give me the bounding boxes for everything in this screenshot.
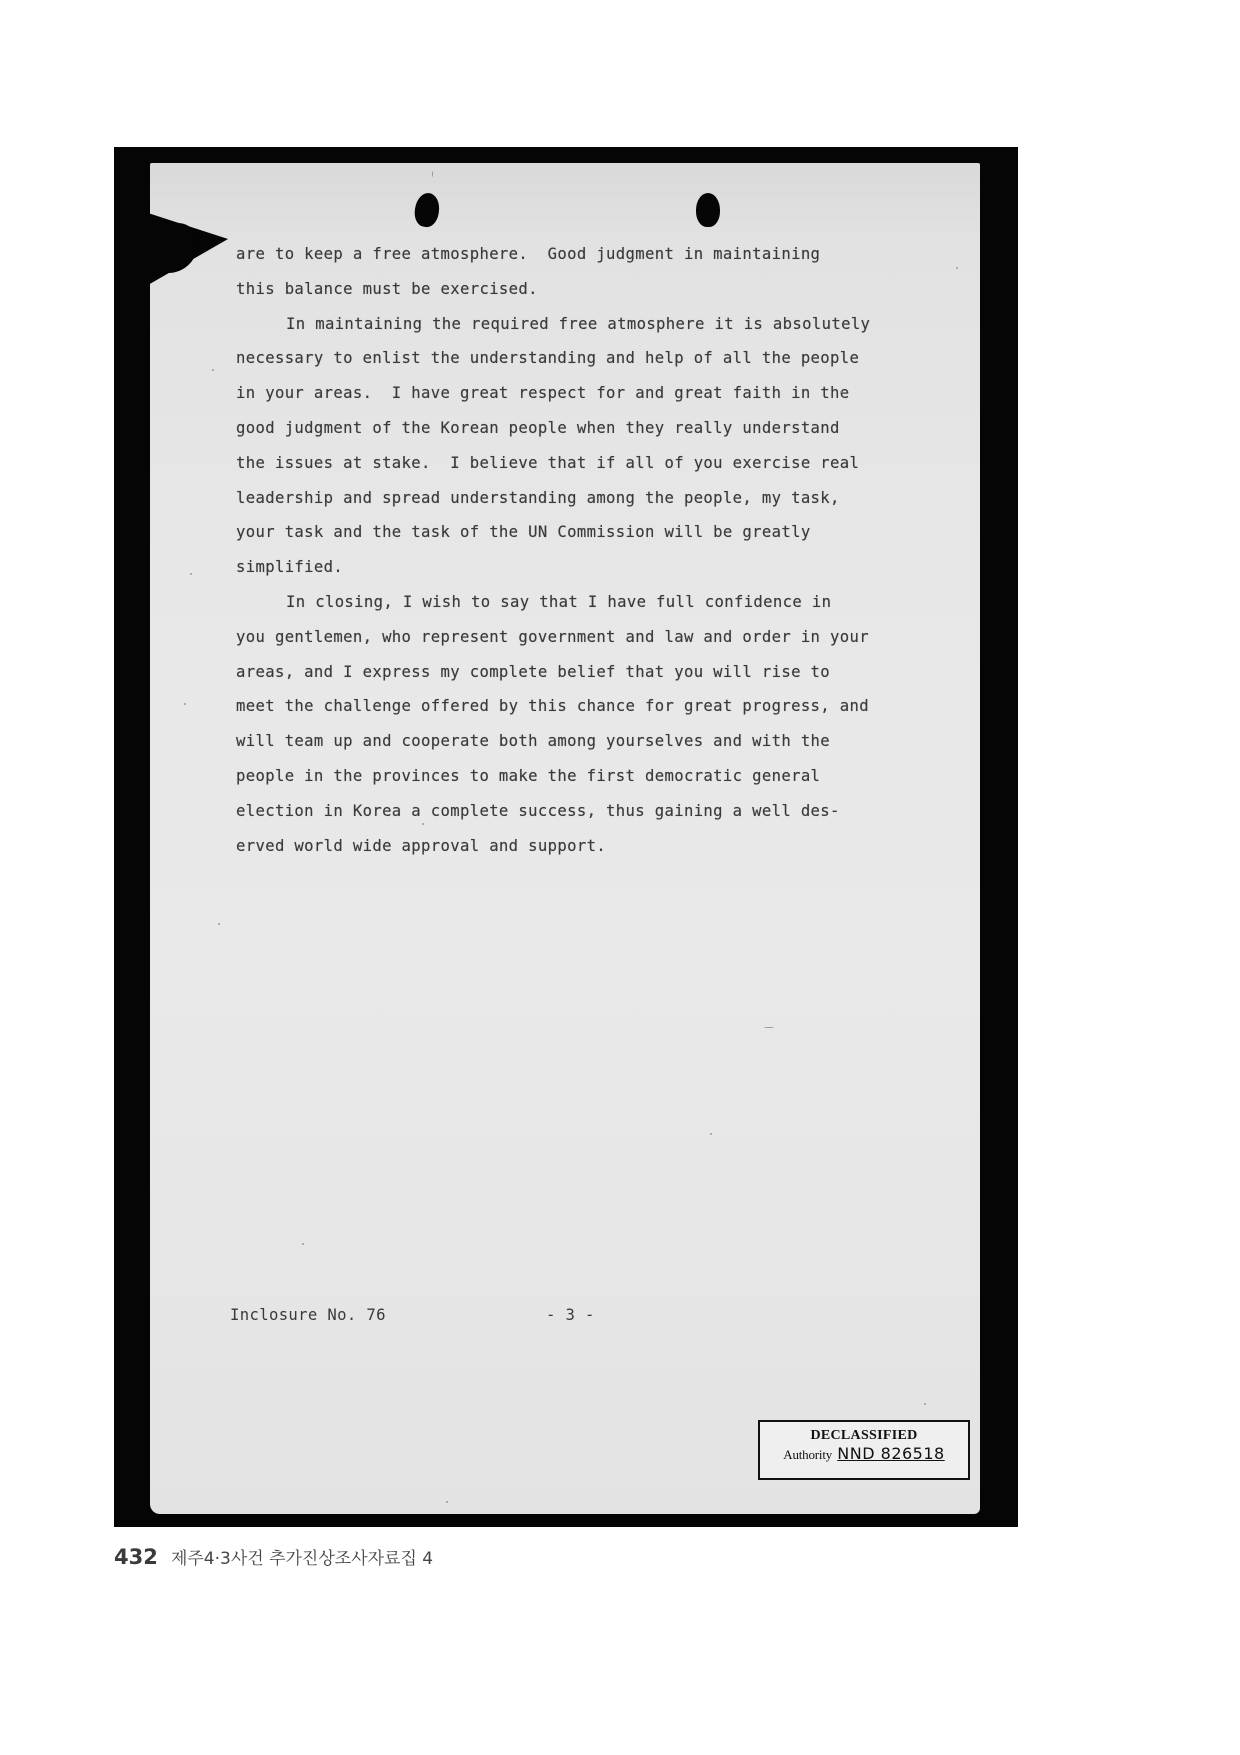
document-page-marker: - 3 - [546, 1306, 595, 1324]
punch-hole-right [696, 193, 720, 227]
typed-body-text: are to keep a free atmosphere. Good judg… [236, 237, 956, 863]
typed-line: your task and the task of the UN Commiss… [236, 515, 956, 550]
punch-hole-left [413, 191, 441, 228]
speck [840, 391, 842, 393]
typed-line: will team up and cooperate both among yo… [236, 724, 956, 759]
typed-line: leadership and spread understanding amon… [236, 481, 956, 516]
typed-line: areas, and I express my complete belief … [236, 655, 956, 690]
typed-line: in your areas. I have great respect for … [236, 376, 956, 411]
typed-line: good judgment of the Korean people when … [236, 411, 956, 446]
speck [184, 703, 186, 705]
typed-line: necessary to enlist the understanding an… [236, 341, 956, 376]
typed-line: erved world wide approval and support. [236, 829, 956, 864]
typed-line: are to keep a free atmosphere. Good judg… [236, 237, 956, 272]
typed-line: you gentlemen, who represent government … [236, 620, 956, 655]
book-page-footer: 432 제주4·3사건 추가진상조사자료집 4 [114, 1544, 433, 1569]
inclosure-label: Inclosure No. 76 [230, 1306, 386, 1324]
typed-line: In closing, I wish to say that I have fu… [236, 585, 956, 620]
speck [218, 923, 220, 925]
speck [710, 1133, 712, 1135]
scanned-document-photo: are to keep a free atmosphere. Good judg… [114, 147, 1018, 1527]
speck [924, 1403, 926, 1405]
typed-line: simplified. [236, 550, 956, 585]
speck [422, 823, 424, 825]
typed-line: meet the challenge offered by this chanc… [236, 689, 956, 724]
stamp-authority: Authority NND 826518 [760, 1444, 968, 1465]
speck [212, 369, 214, 371]
typed-line: this balance must be exercised. [236, 272, 956, 307]
speck [764, 1027, 774, 1028]
speck [446, 1501, 448, 1503]
speck [190, 573, 192, 575]
speck [432, 171, 433, 177]
book-title: 제주4·3사건 추가진상조사자료집 4 [171, 1549, 433, 1569]
book-page-number: 432 [114, 1545, 158, 1569]
speck [956, 267, 958, 269]
typed-line: election in Korea a complete success, th… [236, 794, 956, 829]
document-paper: are to keep a free atmosphere. Good judg… [150, 163, 980, 1514]
stamp-authority-value: NND 826518 [835, 1444, 944, 1463]
stamp-title: DECLASSIFIED [760, 1428, 968, 1444]
stamp-authority-label: Authority [783, 1447, 832, 1462]
declassified-stamp: DECLASSIFIED Authority NND 826518 [758, 1420, 970, 1480]
typed-line: the issues at stake. I believe that if a… [236, 446, 956, 481]
speck [302, 1243, 304, 1245]
typed-line: people in the provinces to make the firs… [236, 759, 956, 794]
typed-line: In maintaining the required free atmosph… [236, 307, 956, 342]
